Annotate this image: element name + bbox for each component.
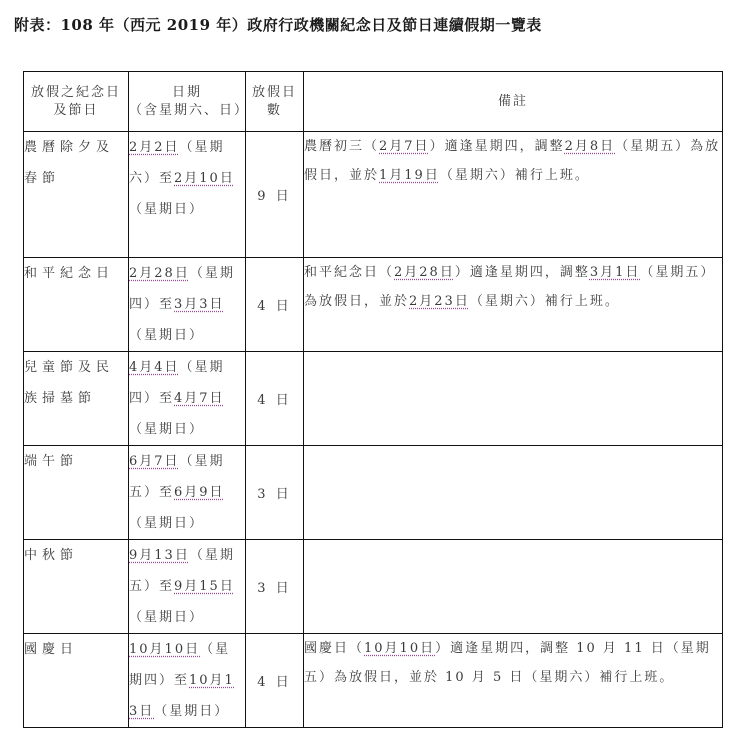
note-text: （星期六）補行上班。 xyxy=(440,168,590,183)
date-text: （星期日） xyxy=(129,516,204,531)
date-text: （星期日） xyxy=(129,328,204,343)
holiday-date-range: 4月4日（星期四）至4月7日（星期日） xyxy=(129,352,246,446)
holiday-date-range: 6月7日（星期五）至6月9日（星期日） xyxy=(129,446,246,540)
table-row: 兒童節及民族掃墓節 4月4日（星期四）至4月7日（星期日） 4 日 xyxy=(24,352,723,446)
note-date: 2月8日 xyxy=(565,139,616,154)
table-row: 和平紀念日 2月28日（星期四）至3月3日（星期日） 4 日 和平紀念日（2月2… xyxy=(24,258,723,352)
note-text: ）適逢星期四，調整 xyxy=(455,265,590,280)
holiday-name: 中秋節 xyxy=(24,540,129,634)
holiday-note xyxy=(304,540,723,634)
end-date: 3月3日 xyxy=(174,297,225,312)
header-days: 放假日數 xyxy=(246,72,304,132)
holiday-name: 國慶日 xyxy=(24,634,129,728)
holiday-days: 3 日 xyxy=(246,446,304,540)
holiday-date-range: 9月13日（星期五）至9月15日（星期日） xyxy=(129,540,246,634)
note-text: 國慶日（ xyxy=(304,641,364,656)
header-date-line1: 日期 xyxy=(129,84,245,102)
holiday-name: 農曆除夕及春節 xyxy=(24,132,129,258)
header-note: 備註 xyxy=(304,72,723,132)
note-text: 農曆初三（ xyxy=(304,139,379,154)
table-row: 農曆除夕及春節 2月2日（星期六）至2月10日（星期日） 9 日 農曆初三（2月… xyxy=(24,132,723,258)
note-date: 2月7日 xyxy=(379,139,430,154)
date-text: （星期日） xyxy=(154,704,229,719)
header-date: 日期 （含星期六、日） xyxy=(129,72,246,132)
holiday-table: 放假之紀念日及節日 日期 （含星期六、日） 放假日數 備註 農曆除夕及春節 2月… xyxy=(23,71,723,728)
table-row: 國慶日 10月10日（星期四）至10月13日（星期日） 4 日 國慶日（10月1… xyxy=(24,634,723,728)
note-date: 3月1日 xyxy=(590,265,641,280)
holiday-note: 和平紀念日（2月28日）適逢星期四，調整3月1日（星期五）為放假日，並於2月23… xyxy=(304,258,723,352)
start-date: 6月7日 xyxy=(129,454,180,469)
holiday-days: 3 日 xyxy=(246,540,304,634)
holiday-date-range: 10月10日（星期四）至10月13日（星期日） xyxy=(129,634,246,728)
end-date: 4月7日 xyxy=(174,391,225,406)
date-text: （星期日） xyxy=(129,202,204,217)
holiday-name: 兒童節及民族掃墓節 xyxy=(24,352,129,446)
holiday-days: 4 日 xyxy=(246,258,304,352)
note-text: 和平紀念日（ xyxy=(304,265,394,280)
holiday-name: 和平紀念日 xyxy=(24,258,129,352)
holiday-days: 9 日 xyxy=(246,132,304,258)
date-text: （星期日） xyxy=(129,422,204,437)
header-holiday-name: 放假之紀念日及節日 xyxy=(24,72,129,132)
note-date: 10月10日 xyxy=(364,641,435,656)
document-title: 附表：108 年（西元 2019 年）政府行政機關紀念日及節日連續假期一覽表 xyxy=(14,14,542,35)
header-date-line2: （含星期六、日） xyxy=(129,102,245,120)
start-date: 4月4日 xyxy=(129,360,180,375)
end-date: 6月9日 xyxy=(174,485,225,500)
table-row: 中秋節 9月13日（星期五）至9月15日（星期日） 3 日 xyxy=(24,540,723,634)
holiday-date-range: 2月2日（星期六）至2月10日（星期日） xyxy=(129,132,246,258)
date-text: （星期日） xyxy=(129,610,204,625)
start-date: 2月28日 xyxy=(129,266,190,281)
holiday-date-range: 2月28日（星期四）至3月3日（星期日） xyxy=(129,258,246,352)
note-date: 2月28日 xyxy=(394,265,455,280)
table-header-row: 放假之紀念日及節日 日期 （含星期六、日） 放假日數 備註 xyxy=(24,72,723,132)
note-date: 1月19日 xyxy=(379,168,440,183)
start-date: 2月2日 xyxy=(129,140,180,155)
note-date: 2月23日 xyxy=(409,294,470,309)
holiday-days: 4 日 xyxy=(246,634,304,728)
start-date: 10月10日 xyxy=(129,642,200,657)
end-date: 2月10日 xyxy=(174,171,235,186)
table-row: 端午節 6月7日（星期五）至6月9日（星期日） 3 日 xyxy=(24,446,723,540)
holiday-note xyxy=(304,352,723,446)
holiday-name: 端午節 xyxy=(24,446,129,540)
holiday-note: 農曆初三（2月7日）適逢星期四，調整2月8日（星期五）為放假日，並於1月19日（… xyxy=(304,132,723,258)
note-text: （星期六）補行上班。 xyxy=(470,294,620,309)
note-text: ）適逢星期四，調整 xyxy=(430,139,565,154)
holiday-note xyxy=(304,446,723,540)
holiday-days: 4 日 xyxy=(246,352,304,446)
holiday-note: 國慶日（10月10日）適逢星期四，調整 10 月 11 日（星期五）為放假日，並… xyxy=(304,634,723,728)
start-date: 9月13日 xyxy=(129,548,190,563)
end-date: 9月15日 xyxy=(174,579,235,594)
